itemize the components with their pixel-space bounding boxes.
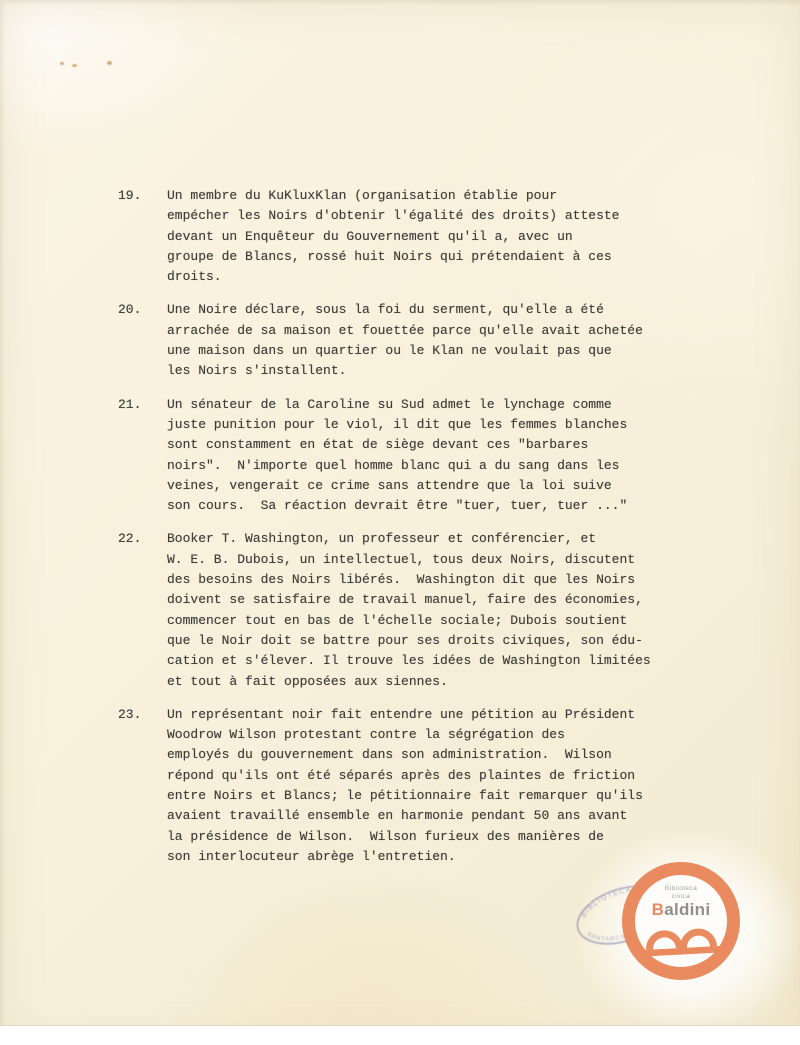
baldini-wordmark: Baldini <box>652 901 711 919</box>
text-line: que le Noir doit se battre pour ses droi… <box>167 631 800 651</box>
paragraph-lines: Une Noire déclare, sous la foi du sermen… <box>167 300 800 381</box>
text-line: Woodrow Wilson protestant contre la ségr… <box>167 725 800 745</box>
text-line: juste punition pour le viol, il dit que … <box>167 415 800 435</box>
text-line: W. E. B. Dubois, un intellectuel, tous d… <box>167 550 800 570</box>
text-line: veines, vengerait ce crime sans attendre… <box>167 476 800 496</box>
numbered-paragraph: 19. Un membre du KuKluxKlan (organisatio… <box>0 186 800 287</box>
text-line: avaient travaillé ensemble en harmonie p… <box>167 806 800 826</box>
numbered-paragraph: 21. Un sénateur de la Caroline su Sud ad… <box>0 395 800 517</box>
scanned-document-page: 19. Un membre du KuKluxKlan (organisatio… <box>0 0 800 1045</box>
paragraph-number: 20. <box>118 300 141 320</box>
text-line: doivent se satisfaire de travail manuel,… <box>167 590 800 610</box>
paper-stain <box>60 62 64 65</box>
paragraph-number: 23. <box>118 705 141 725</box>
text-line: des besoins des Noirs libérés. Washingto… <box>167 570 800 590</box>
numbered-paragraph: 22. Booker T. Washington, un professeur … <box>0 529 800 691</box>
paragraph-number: 19. <box>118 186 141 206</box>
text-line: entre Noirs et Blancs; le pétitionnaire … <box>167 786 800 806</box>
text-line: Une Noire déclare, sous la foi du sermen… <box>167 300 800 320</box>
baldini-initial: B <box>652 900 665 919</box>
paragraph-lines: Un sénateur de la Caroline su Sud admet … <box>167 395 800 517</box>
text-line: cation et s'élever. Il trouve les idées … <box>167 651 800 671</box>
paragraph-number: 22. <box>118 529 141 549</box>
document-body: 19. Un membre du KuKluxKlan (organisatio… <box>0 186 800 880</box>
scanner-background <box>0 1025 800 1045</box>
text-line: Booker T. Washington, un professeur et c… <box>167 529 800 549</box>
text-line: et tout à fait opposées aux siennes. <box>167 672 800 692</box>
paper-stain <box>107 61 112 65</box>
text-line: sont constamment en état de siège devant… <box>167 435 800 455</box>
text-line: groupe de Blancs, rossé huit Noirs qui p… <box>167 247 800 267</box>
library-name-line2: civica <box>672 893 691 901</box>
text-line: Un sénateur de la Caroline su Sud admet … <box>167 395 800 415</box>
text-line: Un membre du KuKluxKlan (organisation ét… <box>167 186 800 206</box>
numbered-paragraph: 20. Une Noire déclare, sous la foi du se… <box>0 300 800 381</box>
text-line: arrachée de sa maison et fouettée parce … <box>167 321 800 341</box>
text-line: une maison dans un quartier ou le Klan n… <box>167 341 800 361</box>
text-line: répond qu'ils ont été séparés après des … <box>167 766 800 786</box>
paragraph-lines: Booker T. Washington, un professeur et c… <box>167 529 800 691</box>
text-line: noirs". N'importe quel homme blanc qui a… <box>167 456 800 476</box>
text-line: employés du gouvernement dans son admini… <box>167 745 800 765</box>
text-line: son cours. Sa réaction devrait être "tue… <box>167 496 800 516</box>
paper-stain <box>72 64 77 67</box>
text-line: commencer tout en bas de l'échelle socia… <box>167 611 800 631</box>
text-line: Un représentant noir fait entendre une p… <box>167 705 800 725</box>
watermark-content: Biblioteca civica Baldini <box>622 862 740 980</box>
paragraph-number: 21. <box>118 395 141 415</box>
text-line: droits. <box>167 267 800 287</box>
text-line: les Noirs s'installent. <box>167 361 800 381</box>
paragraph-lines: Un membre du KuKluxKlan (organisation ét… <box>167 186 800 287</box>
baldini-watermark: Biblioteca civica Baldini <box>622 862 740 980</box>
text-line: empécher les Noirs d'obtenir l'égalité d… <box>167 206 800 226</box>
library-name-line1: Biblioteca <box>665 885 697 893</box>
open-book-icon <box>639 919 723 957</box>
text-line: devant un Enquêteur du Gouvernement qu'i… <box>167 227 800 247</box>
baldini-rest: aldini <box>664 900 710 919</box>
